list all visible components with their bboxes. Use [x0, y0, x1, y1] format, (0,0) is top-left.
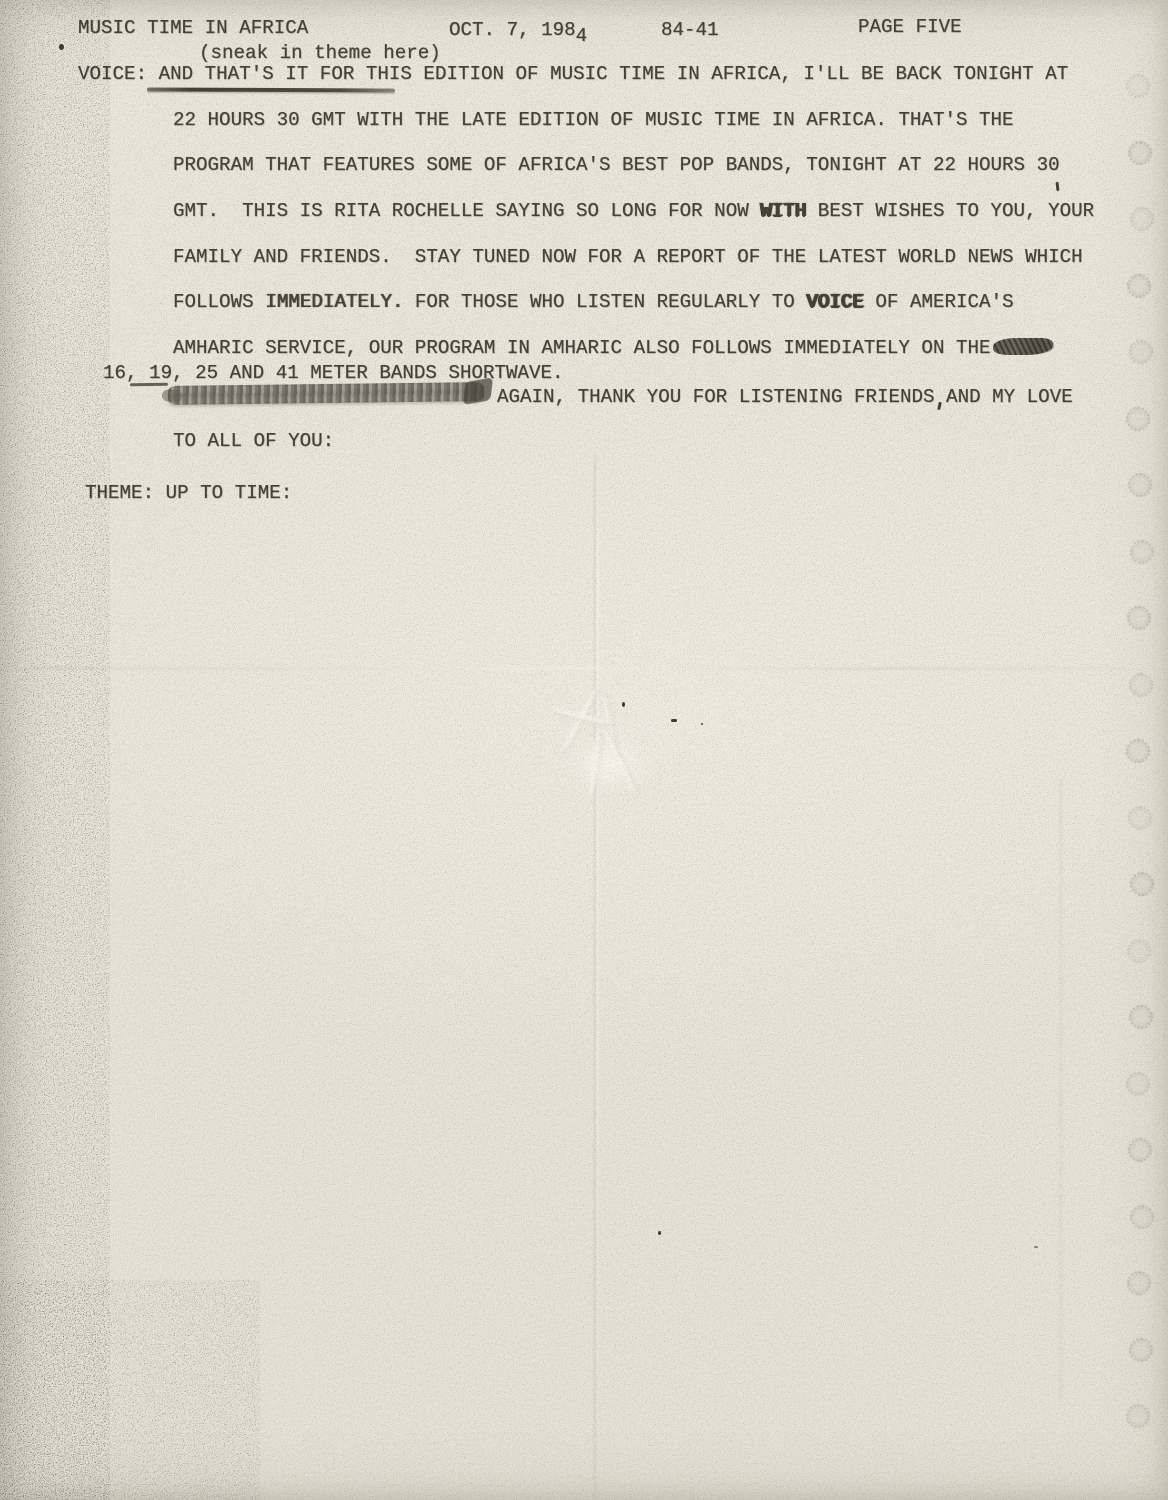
script-line: GMT. THIS IS RITA ROCHELLE SAYING SO LON… — [173, 199, 1094, 223]
binding-hole-mark — [1130, 207, 1154, 231]
typewritten-script-page: MUSIC TIME IN AFRICA OCT. 7, 1984 84-41 … — [0, 0, 1168, 1500]
binding-hole-mark — [1128, 806, 1152, 830]
binding-hole-mark — [1127, 939, 1151, 963]
script-line: AMHARIC SERVICE, OUR PROGRAM IN AMHARIC … — [173, 336, 1053, 360]
stray-apostrophe-mark — [1056, 182, 1060, 191]
script-line: 22 HOURS 30 GMT WITH THE LATE EDITION OF… — [173, 108, 1014, 132]
overstruck-word: VOICE — [806, 291, 864, 313]
binding-hole-mark — [1129, 1338, 1153, 1362]
binding-hole-mark — [1128, 141, 1152, 165]
crossed-out-word — [993, 338, 1053, 355]
binding-hole-mark — [1130, 872, 1154, 896]
paper-crumple — [520, 668, 710, 818]
theme-line: THEME: UP TO TIME: — [85, 481, 292, 505]
binding-hole-mark — [1127, 606, 1151, 630]
script-text: FOR THOSE WHO LISTEN REGULARLY TO — [403, 291, 806, 313]
script-line: PROGRAM THAT FEATURES SOME OF AFRICA'S B… — [173, 153, 1060, 177]
binding-hole-mark — [1127, 274, 1151, 298]
script-line: TO ALL OF YOU: — [173, 429, 334, 453]
header-episode-code: 84-41 — [661, 18, 719, 42]
binding-hole-mark — [1130, 1205, 1154, 1229]
script-text: GMT. THIS IS RITA ROCHELLE SAYING SO LON… — [173, 200, 760, 222]
header-date: OCT. 7, 1984 — [449, 18, 587, 42]
binding-hole-mark — [1126, 74, 1150, 98]
overstruck-word: IMMEDIATELY. — [265, 291, 403, 313]
pen-underline-small — [130, 383, 168, 386]
crease-streak — [550, 707, 611, 727]
paper-crease — [1060, 780, 1062, 1400]
ink-speck — [59, 44, 64, 50]
binding-hole-mark — [1128, 1138, 1152, 1162]
binding-hole-mark — [1126, 739, 1150, 763]
script-text: AMHARIC SERVICE, OUR PROGRAM IN AMHARIC … — [173, 337, 991, 359]
binding-hole-mark — [1130, 540, 1154, 564]
binding-hole-mark — [1126, 1072, 1150, 1096]
ink-speck — [658, 1231, 661, 1235]
binding-hole-mark — [1126, 1404, 1150, 1428]
header-page-number: PAGE FIVE — [858, 15, 962, 39]
script-text: FOLLOWS — [173, 291, 265, 313]
script-line: FAMILY AND FRIENDS. STAY TUNED NOW FOR A… — [173, 245, 1083, 269]
binding-hole-mark — [1129, 673, 1153, 697]
redaction-scribble — [168, 382, 484, 405]
pen-underline — [147, 87, 395, 92]
binding-hole-mark — [1129, 340, 1153, 364]
binding-hole-mark — [1127, 1271, 1151, 1295]
script-text: BEST WISHES TO YOU, YOUR — [806, 200, 1094, 222]
script-line-insert: 16, 19, 25 AND 41 METER BANDS SHORTWAVE. — [103, 361, 564, 385]
binding-hole-mark — [1126, 407, 1150, 431]
header-date-subscript: 4 — [576, 25, 588, 47]
script-text: OF AMERICA'S — [864, 291, 1014, 313]
paper-crease — [596, 455, 599, 1500]
binding-hole-mark — [1129, 1005, 1153, 1029]
ink-speck — [1034, 1246, 1038, 1248]
header-date-main: OCT. 7, 198 — [449, 19, 576, 41]
overstruck-word: WITH — [760, 200, 806, 222]
binding-hole-mark — [1128, 473, 1152, 497]
script-line: FOLLOWS IMMEDIATELY. FOR THOSE WHO LISTE… — [173, 290, 1014, 314]
script-line-voice: VOICE: AND THAT'S IT FOR THIS EDITION OF… — [78, 62, 1068, 86]
script-line: AGAIN, THANK YOU FOR LISTENING FRIENDS A… — [497, 385, 1073, 409]
header-title: MUSIC TIME IN AFRICA — [78, 16, 308, 40]
